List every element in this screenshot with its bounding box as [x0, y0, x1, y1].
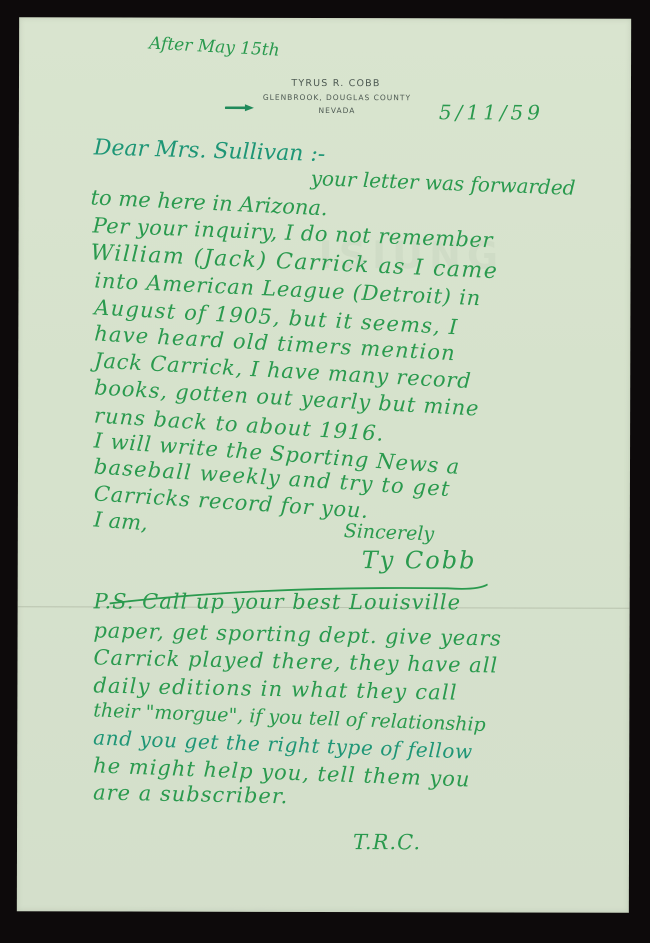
salutation: Dear Mrs. Sullivan :- — [93, 135, 325, 167]
signature: Ty Cobb — [362, 546, 477, 574]
arrow-right-icon — [225, 104, 255, 112]
body-line-14: I am, — [93, 507, 149, 535]
initials: T.R.C. — [353, 830, 421, 854]
ps-line-8: are a subscriber. — [93, 780, 289, 808]
top-note: After May 15th — [149, 34, 281, 61]
closing: Sincerely — [343, 520, 434, 545]
letter-date: 5/11/59 — [439, 100, 544, 124]
ps-line-3: Carrick played there, they have all — [93, 645, 498, 677]
ps-line-1: P.S. Call up your best Louisville — [94, 589, 461, 614]
letterhead-name: TYRUS R. COBB — [41, 77, 631, 90]
body-line-1: your letter was forwarded — [310, 166, 576, 200]
letter-paper: ISIUNG After May 15th TYRUS R. COBB GLEN… — [17, 17, 631, 913]
ps-line-4: daily editions in what they call — [93, 673, 458, 704]
